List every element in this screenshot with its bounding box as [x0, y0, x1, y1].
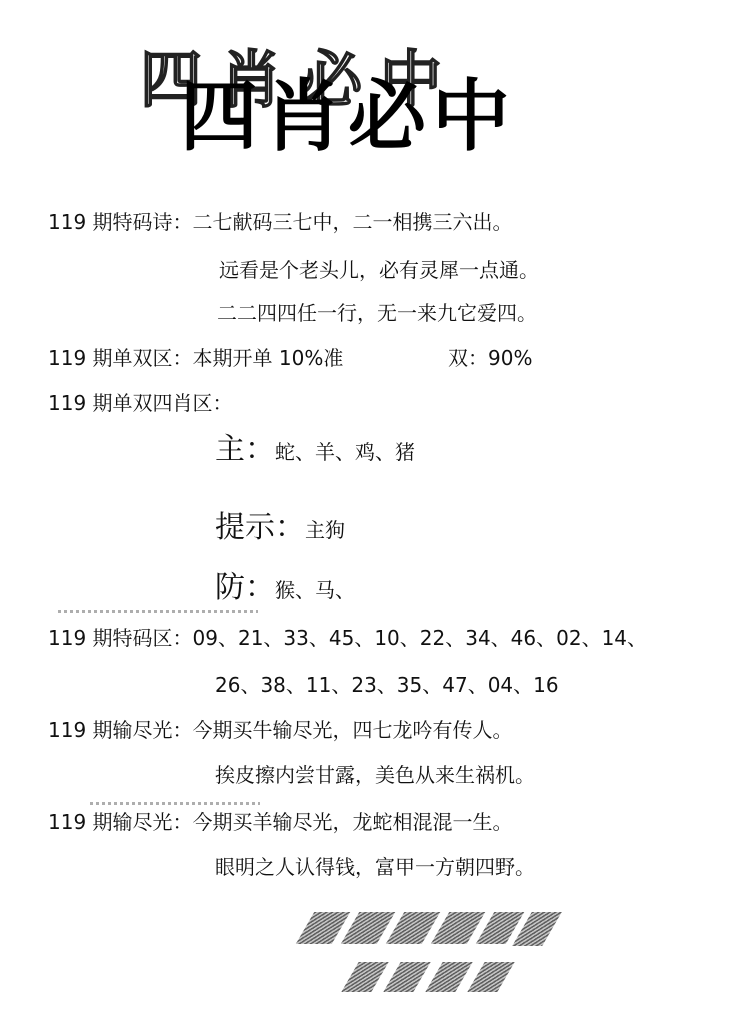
- lose-all-line: 眼明之人认得钱，富甲一方朝四野。: [215, 857, 535, 877]
- lose-all-2-row: 119 期输尽光：今期买羊输尽光，龙蛇相混混一生。: [48, 812, 513, 832]
- main-label: 主：: [215, 432, 275, 467]
- special-codes-row-2: 26、38、11、23、35、47、04、16: [215, 675, 559, 695]
- special-codes-label: 119 期特码区：: [48, 626, 193, 650]
- guard-row: 防：猴、马、: [215, 573, 355, 603]
- title-main-text: 四肖必中: [180, 78, 516, 156]
- hint-row: 提示：主狗: [215, 513, 345, 543]
- odd-even-row: 119 期单双区：本期开单 10%准: [48, 348, 343, 368]
- main-zodiac-row: 主：蛇、羊、鸡、猪: [215, 435, 415, 465]
- scan-noise-divider: [90, 802, 260, 805]
- scan-noise-divider: [58, 610, 258, 613]
- lose-all-line: 挨皮擦内尝甘露，美色从来生祸机。: [215, 765, 535, 785]
- four-zodiac-label: 119 期单双四肖区：: [48, 393, 233, 413]
- page-title: 四肖必中 四肖必中: [140, 30, 580, 180]
- watermark-glyph: [467, 962, 514, 992]
- odd-even-text: 本期开单 10%准: [193, 346, 344, 370]
- watermark-glyph: [383, 962, 430, 992]
- poem-label: 119 期特码诗：: [48, 210, 193, 234]
- poem-line: 二二四四任一行，无一来九它爱四。: [217, 303, 537, 323]
- lose-all-line: 今期买羊输尽光，龙蛇相混混一生。: [193, 810, 513, 834]
- lose-all-1-row: 119 期输尽光：今期买牛输尽光，四七龙吟有传人。: [48, 720, 513, 740]
- main-zodiac-values: 蛇、羊、鸡、猪: [275, 440, 415, 464]
- special-codes-values: 09、21、33、45、10、22、34、46、02、14、: [193, 626, 648, 650]
- poem-line: 远看是个老头儿，必有灵犀一点通。: [219, 260, 539, 280]
- poem-row-1: 119 期特码诗：二七献码三七中，二一相携三六出。: [48, 212, 513, 232]
- even-percentage: 双：90%: [448, 348, 532, 368]
- hint-label: 提示：: [215, 510, 305, 545]
- watermark-glyph: [425, 962, 472, 992]
- lose-all-line: 今期买牛输尽光，四七龙吟有传人。: [193, 718, 513, 742]
- lose-all-label: 119 期输尽光：: [48, 718, 193, 742]
- poem-line: 二七献码三七中，二一相携三六出。: [193, 210, 513, 234]
- watermark-glyph: [341, 962, 388, 992]
- guard-values: 猴、马、: [275, 578, 355, 602]
- lose-all-label: 119 期输尽光：: [48, 810, 193, 834]
- hint-value: 主狗: [305, 518, 345, 542]
- guard-label: 防：: [215, 570, 275, 605]
- odd-even-label: 119 期单双区：: [48, 346, 193, 370]
- special-codes-row-1: 119 期特码区：09、21、33、45、10、22、34、46、02、14、: [48, 628, 647, 648]
